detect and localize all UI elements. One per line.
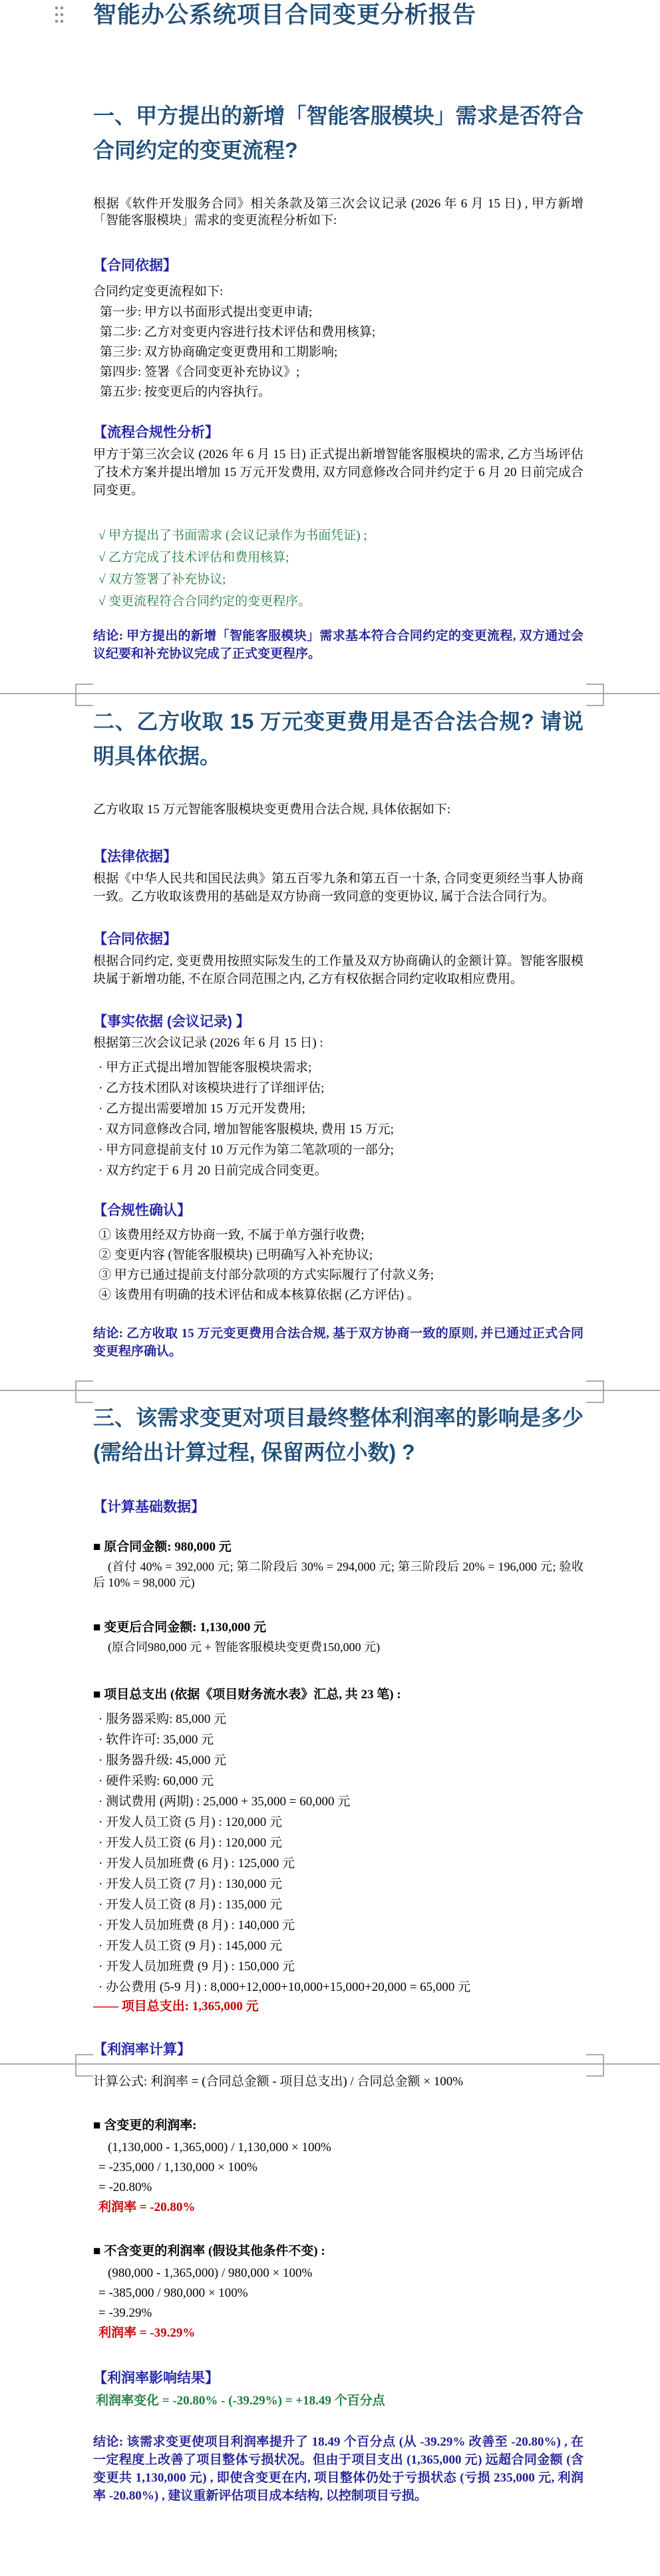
expense-item: · 开发人员工资 (7 月) : 130,000 元 (98, 1874, 583, 1894)
changed-contract-amount: ■ 变更后合同金额: 1,130,000 元 (93, 1619, 583, 1636)
expense-item: · 开发人员加班费 (8 月) : 140,000 元 (98, 1915, 583, 1936)
compliance-confirm-list: ① 该费用经双方协商一致, 不属于单方强行收费; ② 变更内容 (智能客服模块)… (93, 1225, 583, 1305)
confirm-item: ② 变更内容 (智能客服模块) 已明确写入补充协议; (98, 1245, 583, 1265)
list-item: 第一步: 甲方以书面形式提出变更申请; (100, 303, 583, 322)
changed-contract-detail: (原合同980,000 元 + 智能客服模块变更费150,000 元) (93, 1639, 583, 1655)
page-margin-mark-right (586, 2054, 604, 2077)
fact-intro: 根据第三次会议记录 (2026 年 6 月 15 日) : (93, 1035, 583, 1051)
without-change-result: 利润率 = -39.29% (93, 2323, 583, 2343)
expense-item: · 开发人员工资 (8 月) : 135,000 元 (98, 1894, 583, 1915)
with-change-result: 利润率 = -20.80% (93, 2198, 583, 2218)
check-item: √ 乙方完成了技术评估和费用核算; (98, 547, 583, 569)
expense-total: —— 项目总支出: 1,365,000 元 (93, 1998, 583, 2015)
label-compliance-confirm: 【合规性确认】 (93, 1202, 583, 1220)
expense-item: · 开发人员加班费 (6 月) : 125,000 元 (98, 1853, 583, 1874)
label-legal-basis: 【法律依据】 (93, 848, 583, 866)
total-expense-label: ■ 项目总支出 (依据《项目财务流水表》汇总, 共 23 笔) : (93, 1686, 583, 1703)
label-contract-basis-2: 【合同依据】 (93, 930, 583, 948)
section-1-heading: 一、甲方提出的新增「智能客服模块」需求是否符合合同约定的变更流程? (93, 98, 583, 168)
expense-item: · 服务器采购: 85,000 元 (98, 1709, 583, 1730)
label-profit-calc: 【利润率计算】 (93, 2041, 583, 2059)
fact-item: · 甲方同意提前支付 10 万元作为第二笔款项的一部分; (98, 1140, 583, 1160)
expense-list: · 服务器采购: 85,000 元 · 软件许可: 35,000 元 · 服务器… (93, 1709, 583, 1997)
label-fact-basis: 【事实依据 (会议记录) 】 (93, 1013, 583, 1031)
section-2-heading: 二、乙方收取 15 万元变更费用是否合法合规? 请说明具体依据。 (93, 704, 583, 773)
expense-item: · 开发人员工资 (6 月) : 120,000 元 (98, 1833, 583, 1853)
fact-item: · 乙方提出需要增加 15 万元开发费用; (98, 1098, 583, 1119)
expense-item: · 办公费用 (5-9 月) : 8,000+12,000+10,000+15,… (98, 1977, 583, 1997)
confirm-item: ③ 甲方已通过提前支付部分款项的方式实际履行了付款义务; (98, 1265, 583, 1285)
calc-line: = -235,000 / 1,130,000 × 100% (93, 2158, 583, 2178)
list-item: 第四步: 签署《合同变更补充协议》; (100, 362, 583, 382)
expense-item: · 服务器升级: 45,000 元 (98, 1750, 583, 1771)
label-process-compliance: 【流程合规性分析】 (93, 424, 583, 442)
expense-item: · 硬件采购: 60,000 元 (98, 1771, 583, 1791)
compliance-check-list: √ 甲方提出了书面需求 (会议记录作为书面凭证) ; √ 乙方完成了技术评估和费… (93, 525, 583, 612)
page-margin-mark-left (75, 1380, 93, 1403)
document-canvas: 智能办公系统项目合同变更分析报告 一、甲方提出的新增「智能客服模块」需求是否符合… (0, 0, 660, 2505)
expense-item: · 测试费用 (两期) : 25,000 + 35,000 = 60,000 元 (98, 1791, 583, 1812)
page-break (0, 693, 660, 694)
page-margin-mark-right (586, 684, 604, 706)
fact-item: · 双方同意修改合同, 增加智能客服模块, 费用 15 万元; (98, 1119, 583, 1140)
confirm-item: ④ 该费用有明确的技术评估和成本核算依据 (乙方评估) 。 (98, 1285, 583, 1305)
page-margin-mark-right (586, 1380, 604, 1403)
calc-line: = -385,000 / 980,000 × 100% (93, 2283, 583, 2303)
calc-line: (1,130,000 - 1,365,000) / 1,130,000 × 10… (93, 2138, 583, 2158)
section-2-conclusion: 结论: 乙方收取 15 万元变更费用合法合规, 基于双方协商一致的原则, 并已通… (93, 1325, 583, 1360)
fact-item: · 乙方技术团队对该模块进行了详细评估; (98, 1078, 583, 1098)
check-item: √ 甲方提出了书面需求 (会议记录作为书面凭证) ; (98, 525, 583, 547)
label-profit-impact: 【利润率影响结果】 (93, 2369, 583, 2387)
section-1-conclusion: 结论: 甲方提出的新增「智能客服模块」需求基本符合合同约定的变更流程, 双方通过… (93, 627, 583, 663)
page-break (0, 1390, 660, 1391)
without-change-calc: (980,000 - 1,365,000) / 980,000 × 100% =… (93, 2263, 583, 2323)
section-1-intro: 根据《软件开发服务合同》相关条款及第三次会议记录 (2026 年 6 月 15 … (93, 195, 583, 229)
drag-handle-icon[interactable] (55, 6, 64, 23)
with-change-label: ■ 含变更的利润率: (93, 2117, 583, 2134)
section-2-intro: 乙方收取 15 万元智能客服模块变更费用合法合规, 具体依据如下: (93, 801, 583, 818)
process-analysis-paragraph: 甲方于第三次会议 (2026 年 6 月 15 日) 正式提出新增智能客服模块的… (93, 446, 583, 499)
expense-item: · 开发人员加班费 (9 月) : 150,000 元 (98, 1956, 583, 1977)
label-calc-base-data: 【计算基础数据】 (93, 1498, 583, 1516)
check-item: √ 双方签署了补充协议; (98, 569, 583, 590)
label-contract-basis-1: 【合同依据】 (93, 257, 583, 275)
list-item: 第五步: 按变更后的内容执行。 (100, 382, 583, 402)
page-margin-mark-left (75, 2054, 93, 2077)
page-title: 智能办公系统项目合同变更分析报告 (93, 1, 583, 29)
section-3-conclusion: 结论: 该需求变更使项目利润率提升了 18.49 个百分点 (从 -39.29%… (93, 2433, 583, 2505)
check-item: √ 变更流程符合合同约定的变更程序。 (98, 590, 583, 612)
fact-item: · 甲方正式提出增加智能客服模块需求; (98, 1057, 583, 1078)
original-contract-detail: (首付 40% = 392,000 元; 第二阶段后 30% = 294,000… (93, 1559, 583, 1591)
profit-impact-result: 利润率变化 = -20.80% - (-39.29%) = +18.49 个百分… (93, 2392, 583, 2410)
calc-line: = -20.80% (93, 2178, 583, 2198)
contract-basis-paragraph: 根据合同约定, 变更费用按照实际发生的工作量及双方协商确认的金额计算。智能客服模… (93, 952, 583, 988)
original-contract-amount: ■ 原合同金额: 980,000 元 (93, 1539, 583, 1555)
page-break (0, 2063, 660, 2065)
calc-line: = -39.29% (93, 2303, 583, 2323)
fact-item: · 双方约定于 6 月 20 日前完成合同变更。 (98, 1160, 583, 1181)
meeting-facts-list: · 甲方正式提出增加智能客服模块需求; · 乙方技术团队对该模块进行了详细评估;… (93, 1057, 583, 1181)
confirm-item: ① 该费用经双方协商一致, 不属于单方强行收费; (98, 1225, 583, 1245)
list-item: 第二步: 乙方对变更内容进行技术评估和费用核算; (100, 322, 583, 342)
page-margin-mark-left (75, 684, 93, 706)
with-change-calc: (1,130,000 - 1,365,000) / 1,130,000 × 10… (93, 2138, 583, 2198)
legal-basis-paragraph: 根据《中华人民共和国民法典》第五百零九条和第五百一十条, 合同变更须经当事人协商… (93, 870, 583, 906)
profit-formula: 计算公式: 利润率 = (合同总金额 - 项目总支出) / 合同总金额 × 10… (93, 2073, 583, 2090)
list-item: 第三步: 双方协商确定变更费用和工期影响; (100, 342, 583, 362)
calc-line: (980,000 - 1,365,000) / 980,000 × 100% (93, 2263, 583, 2283)
expense-item: · 开发人员工资 (9 月) : 145,000 元 (98, 1936, 583, 1956)
expense-item: · 开发人员工资 (5 月) : 120,000 元 (98, 1812, 583, 1833)
without-change-label: ■ 不含变更的利润率 (假设其他条件不变) : (93, 2243, 583, 2259)
change-steps-list: 第一步: 甲方以书面形式提出变更申请; 第二步: 乙方对变更内容进行技术评估和费… (93, 303, 583, 402)
section-3-heading: 三、该需求变更对项目最终整体利润率的影响是多少 (需给出计算过程, 保留两位小数… (93, 1400, 583, 1470)
expense-item: · 软件许可: 35,000 元 (98, 1730, 583, 1750)
contract-flow-intro: 合同约定变更流程如下: (93, 283, 583, 300)
